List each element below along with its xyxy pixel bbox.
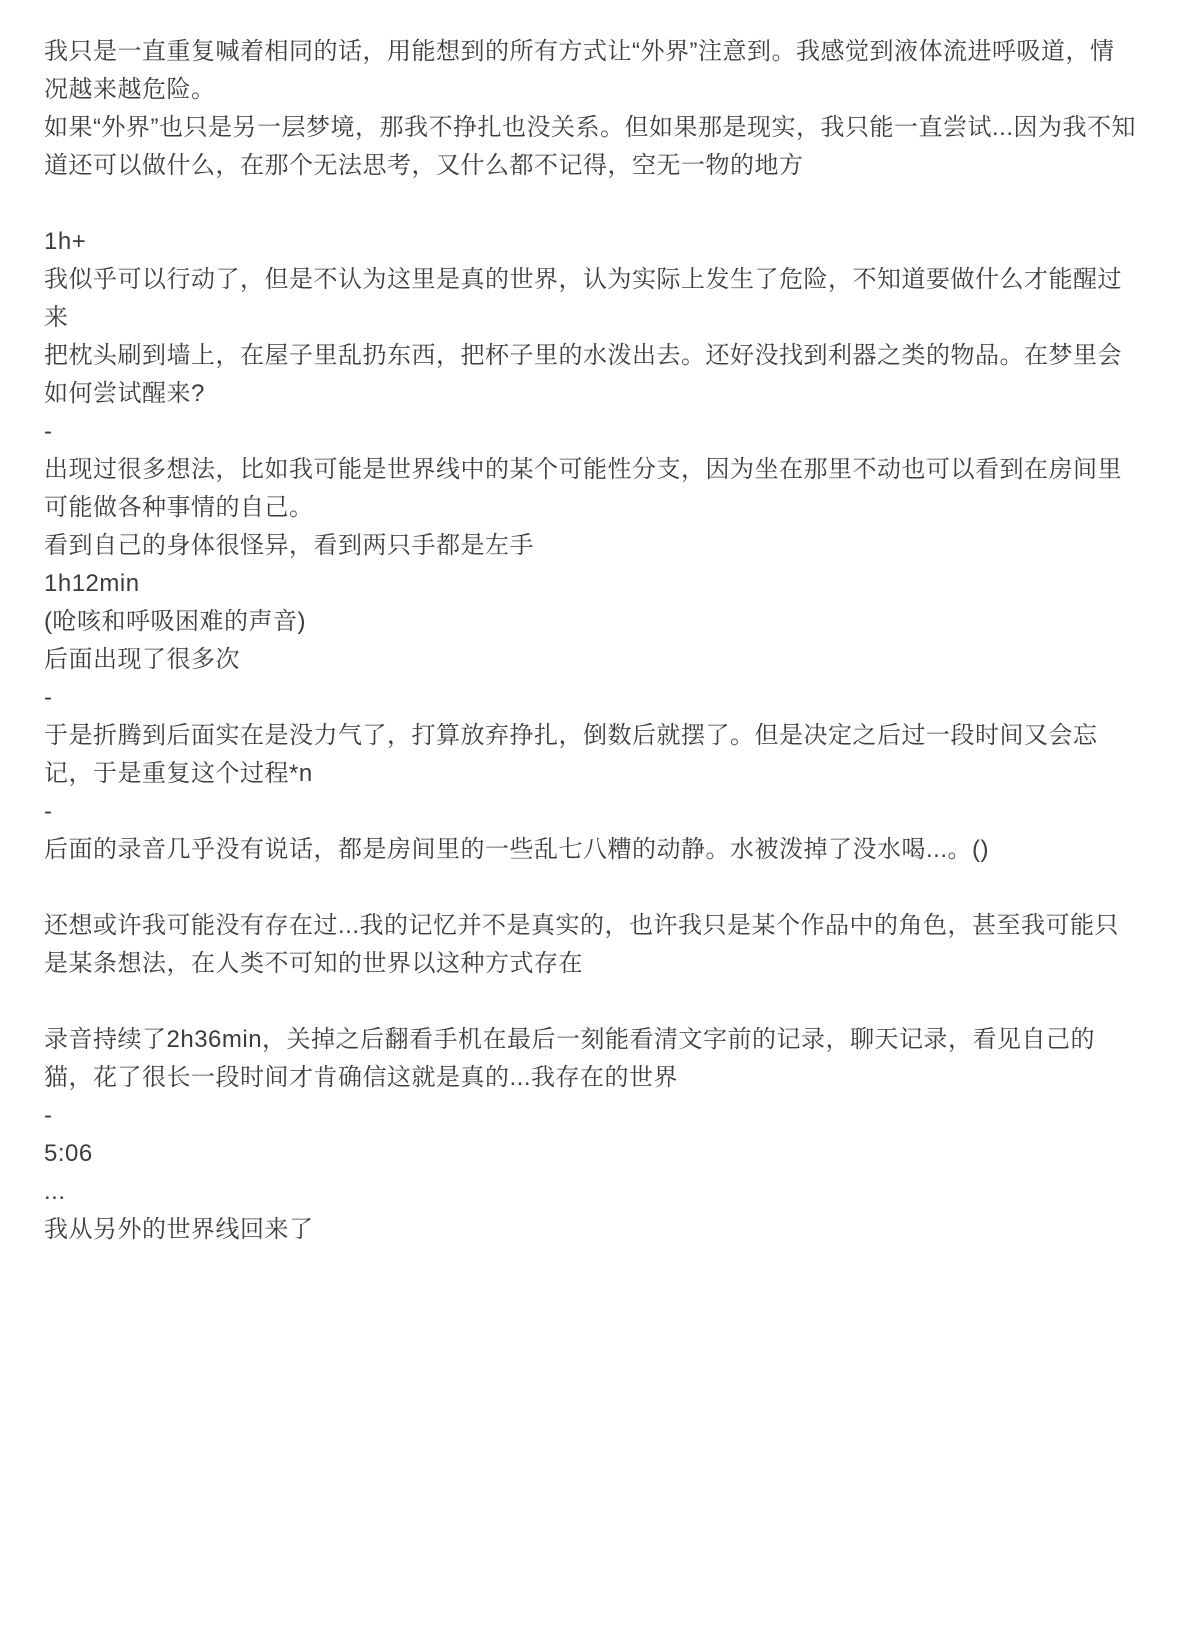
paragraph: (呛咳和呼吸困难的声音) (44, 603, 1136, 641)
blank-line (44, 185, 1136, 223)
separator-line: - (44, 1097, 1136, 1135)
timestamp-line: 5:06 (44, 1135, 1136, 1173)
blank-line (44, 983, 1136, 1021)
paragraph: 还想或许我可能没有存在过...我的记忆并不是真实的，也许我只是某个作品中的角色，… (44, 907, 1136, 983)
blank-line (44, 869, 1136, 907)
paragraph: 于是折腾到后面实在是没力气了，打算放弃挣扎，倒数后就摆了。但是决定之后过一段时间… (44, 717, 1136, 793)
paragraph: 出现过很多想法，比如我可能是世界线中的某个可能性分支，因为坐在那里不动也可以看到… (44, 451, 1136, 527)
paragraph: 录音持续了2h36min，关掉之后翻看手机在最后一刻能看清文字前的记录，聊天记录… (44, 1021, 1136, 1097)
ellipsis-line: ... (44, 1173, 1136, 1211)
timestamp-line: 1h+ (44, 223, 1136, 261)
paragraph: 后面的录音几乎没有说话，都是房间里的一些乱七八糟的动静。水被泼掉了没水喝...。… (44, 831, 1136, 869)
separator-line: - (44, 793, 1136, 831)
paragraph: 看到自己的身体很怪异，看到两只手都是左手 (44, 527, 1136, 565)
paragraph: 我只是一直重复喊着相同的话，用能想到的所有方式让“外界”注意到。我感觉到液体流进… (44, 33, 1136, 109)
separator-line: - (44, 679, 1136, 717)
paragraph: 如果“外界”也只是另一层梦境，那我不挣扎也没关系。但如果那是现实，我只能一直尝试… (44, 109, 1136, 185)
paragraph: 我从另外的世界线回来了 (44, 1211, 1136, 1249)
paragraph: 后面出现了很多次 (44, 641, 1136, 679)
paragraph: 把枕头刷到墙上，在屋子里乱扔东西，把杯子里的水泼出去。还好没找到利器之类的物品。… (44, 337, 1136, 413)
separator-line: - (44, 413, 1136, 451)
document-body: 我只是一直重复喊着相同的话，用能想到的所有方式让“外界”注意到。我感觉到液体流进… (0, 0, 1179, 1249)
paragraph: 我似乎可以行动了，但是不认为这里是真的世界，认为实际上发生了危险，不知道要做什么… (44, 261, 1136, 337)
timestamp-line: 1h12min (44, 565, 1136, 603)
